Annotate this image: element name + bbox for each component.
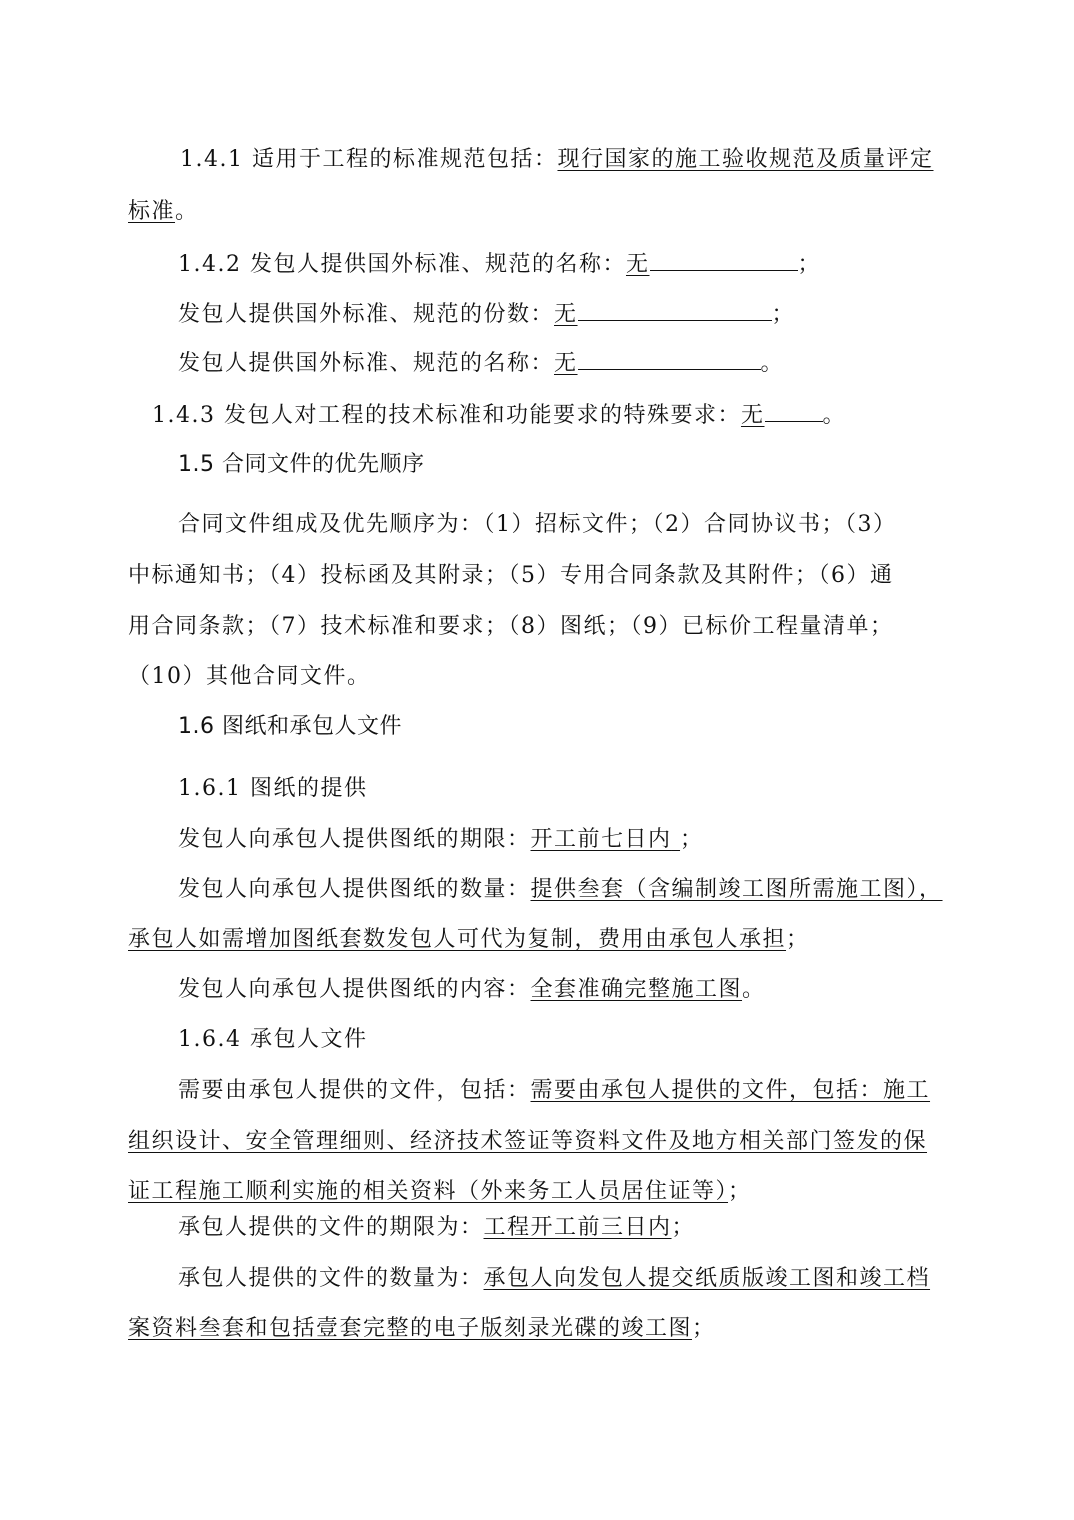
drawings-content: 发包人向承包人提供图纸的内容：全套准确完整施工图。 [178, 975, 766, 1005]
section-heading-1-6: 1.6 图纸和承包人文件 [178, 712, 402, 742]
subsection-heading-1-6-4: 1.6.4 承包人文件 [178, 1025, 367, 1055]
clause-label: 1.4.1 适用于工程的标准规范包括： [180, 147, 557, 172]
punctuation: 。 [761, 351, 785, 376]
punctuation: ； [672, 1215, 696, 1240]
clause-value: 提供叁套（含编制竣工图所需施工图）， [531, 877, 943, 902]
clause-value: 无 [554, 351, 578, 376]
clause-label: 需要由承包人提供的文件，包括： [178, 1078, 531, 1103]
paragraph-line: 用合同条款；（7）技术标准和要求；（8）图纸；（9）已标价工程量清单； [128, 612, 894, 642]
punctuation: ； [680, 827, 704, 852]
section-heading-1-5: 1.5 合同文件的优先顺序 [178, 450, 424, 480]
clause-label: 发包人提供国外标准、规范的名称： [178, 351, 554, 376]
foreign-copies: 发包人提供国外标准、规范的份数：无； [178, 298, 795, 330]
punctuation: ； [692, 1316, 716, 1341]
clause-value: 需要由承包人提供的文件，包括：施工 [531, 1078, 931, 1103]
fill-blank [578, 298, 772, 321]
clause-1-4-1-cont: 标准。 [128, 197, 199, 227]
contractor-quantity: 承包人提供的文件的数量为：承包人向发包人提交纸质版竣工图和竣工档 [178, 1264, 930, 1294]
contractor-docs-cont: 证工程施工顺利实施的相关资料（外来务工人员居住证等）； [128, 1177, 752, 1207]
clause-value: 工程开工前三日内 [484, 1215, 672, 1240]
subsection-heading-1-6-1: 1.6.1 图纸的提供 [178, 774, 367, 804]
clause-value: 全套准确完整施工图 [531, 977, 743, 1002]
clause-value: 承包人向发包人提交纸质版竣工图和竣工档 [484, 1266, 931, 1291]
contractor-docs-cont: 组织设计、安全管理细则、经济技术签证等资料文件及地方相关部门签发的保 [128, 1127, 927, 1157]
clause-value: 案资料叁套和包括壹套完整的电子版刻录光碟的竣工图 [128, 1316, 692, 1341]
clause-value: 证工程施工顺利实施的相关资料（外来务工人员居住证等） [128, 1179, 728, 1204]
clause-value: 开工前七日内 [531, 827, 672, 852]
clause-label: 发包人提供国外标准、规范的份数： [178, 302, 554, 327]
contractor-docs: 需要由承包人提供的文件，包括：需要由承包人提供的文件，包括：施工 [178, 1076, 930, 1106]
clause-label: 承包人提供的文件的期限为： [178, 1215, 484, 1240]
fill-blank [765, 399, 823, 422]
punctuation: 。 [742, 977, 766, 1002]
clause-1-4-2: 1.4.2 发包人提供国外标准、规范的名称：无； [178, 248, 821, 280]
foreign-names: 发包人提供国外标准、规范的名称：无。 [178, 347, 784, 379]
clause-value: 无 [626, 252, 650, 277]
drawings-quantity: 发包人向承包人提供图纸的数量：提供叁套（含编制竣工图所需施工图）， [178, 875, 943, 905]
clause-label: 承包人提供的文件的数量为： [178, 1266, 484, 1291]
contractor-quantity-cont: 案资料叁套和包括壹套完整的电子版刻录光碟的竣工图； [128, 1314, 716, 1344]
fill-blank [578, 347, 761, 370]
punctuation: 。 [823, 403, 847, 428]
punctuation: ； [772, 302, 796, 327]
clause-value: 承包人如需增加图纸套数发包人可代为复制，费用由承包人承担 [128, 927, 786, 952]
clause-1-4-3: 1.4.3 发包人对工程的技术标准和功能要求的特殊要求：无。 [152, 399, 846, 431]
clause-1-4-1: 1.4.1 适用于工程的标准规范包括：现行国家的施工验收规范及质量评定 [180, 145, 934, 175]
clause-value: 无 [741, 403, 765, 428]
punctuation: ； [786, 927, 810, 952]
punctuation: ； [728, 1179, 752, 1204]
clause-value: 无 [554, 302, 578, 327]
clause-value: 标准 [128, 199, 175, 224]
clause-label: 1.4.2 发包人提供国外标准、规范的名称： [178, 252, 626, 277]
paragraph-line: 中标通知书；（4）投标函及其附录；（5）专用合同条款及其附件；（6）通 [128, 561, 894, 591]
punctuation: ； [798, 252, 822, 277]
drawings-deadline: 发包人向承包人提供图纸的期限：开工前七日内 ； [178, 825, 704, 855]
contractor-deadline: 承包人提供的文件的期限为：工程开工前三日内； [178, 1213, 695, 1243]
clause-label: 1.4.3 发包人对工程的技术标准和功能要求的特殊要求： [152, 403, 741, 428]
clause-label: 发包人向承包人提供图纸的数量： [178, 877, 531, 902]
paragraph-line: （10）其他合同文件。 [128, 662, 371, 692]
clause-value: 现行国家的施工验收规范及质量评定 [557, 147, 933, 172]
drawings-quantity-cont: 承包人如需增加图纸套数发包人可代为复制，费用由承包人承担； [128, 925, 810, 955]
punctuation: 。 [175, 199, 199, 224]
clause-value: 组织设计、安全管理细则、经济技术签证等资料文件及地方相关部门签发的保 [128, 1129, 927, 1154]
fill-blank [650, 248, 798, 271]
clause-label: 发包人向承包人提供图纸的内容： [178, 977, 531, 1002]
clause-label: 发包人向承包人提供图纸的期限： [178, 827, 531, 852]
paragraph-line: 合同文件组成及优先顺序为：（1）招标文件；（2）合同协议书；（3） [178, 510, 897, 540]
